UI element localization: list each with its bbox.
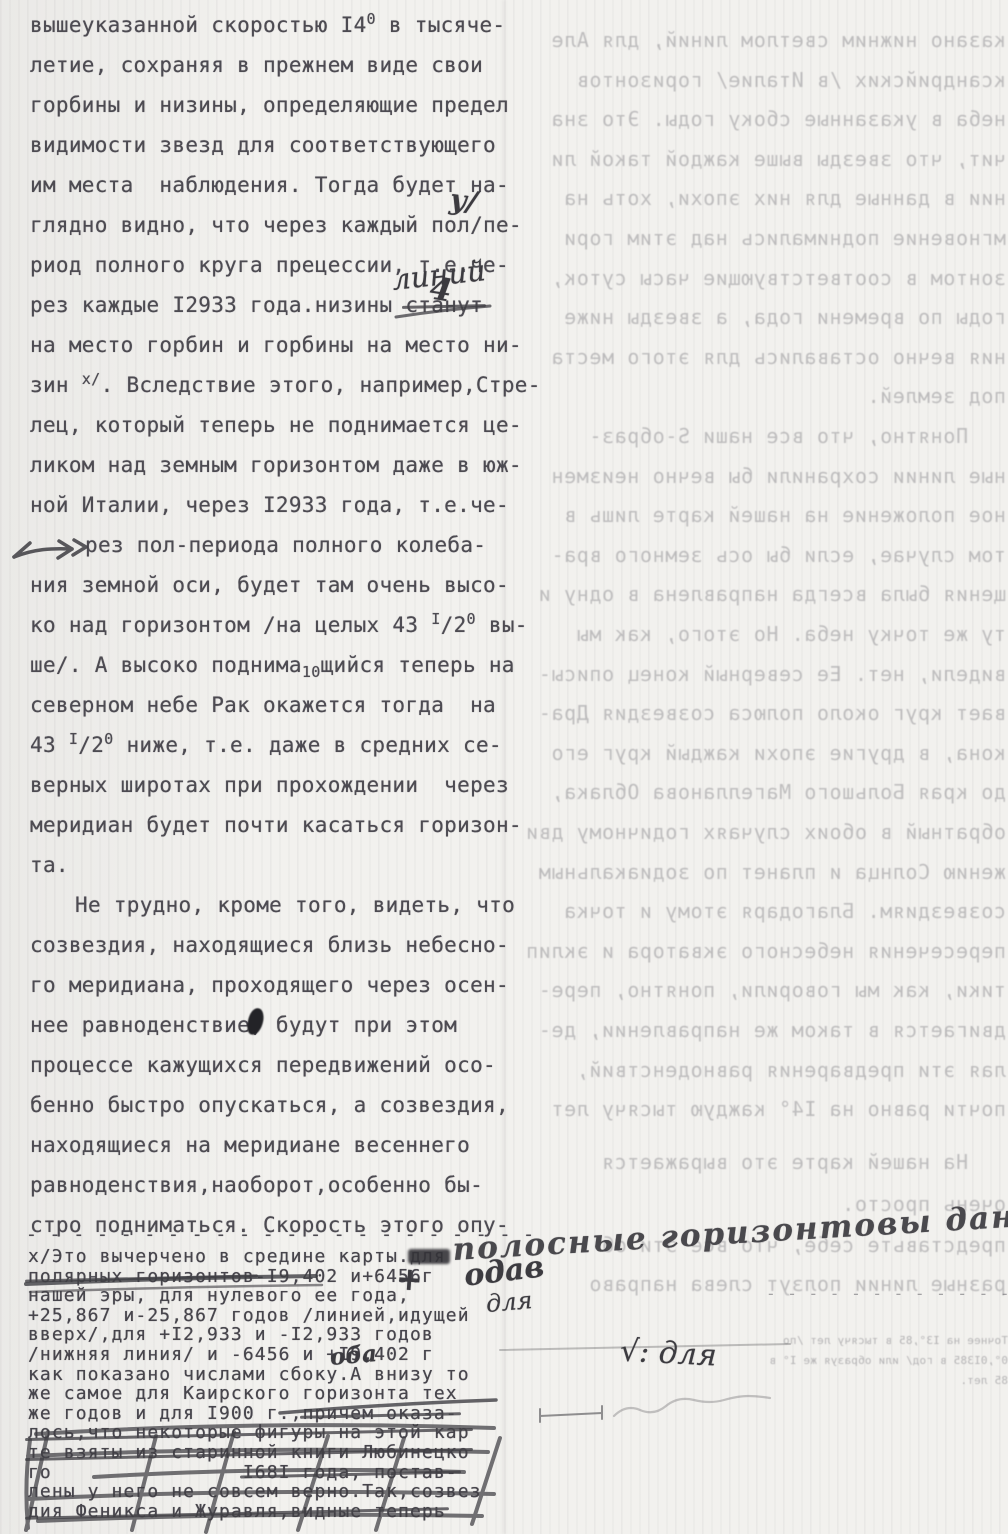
- typed-line: ше/. А высоко поднима10щийся теперь на: [30, 652, 515, 680]
- verso-line: На нашей карте это выражается: [508, 1150, 1006, 1175]
- verso-line: двигается в таком же направлении, де-: [508, 1018, 1006, 1043]
- footnote-line: х/Это вычерчено в средине карты.для: [28, 1246, 446, 1267]
- footnote-line: нашей эры, для нулевого ее года,: [28, 1285, 410, 1306]
- verso-line: тики, как мы говорили, понятно, пере-: [508, 978, 1006, 1003]
- typed-line: им места наблюдения. Тогда будет на-: [30, 172, 509, 198]
- typed-line: созвездия, находящиеся близь небесно-: [30, 932, 509, 958]
- verso-line: ту же точку неба. Но этого, как мы: [508, 622, 1006, 647]
- footnote-line: лось,что некоторые фигуры на этой кар: [28, 1422, 470, 1443]
- typed-line: летие, сохраняя в прежнем виде свои: [30, 52, 483, 78]
- typed-line: находящиеся на меридиане весеннего: [30, 1132, 470, 1158]
- typed-line: процессе кажущихся передвижений осо-: [30, 1052, 496, 1078]
- typed-line: видимости звезд для соответствующего: [30, 132, 496, 158]
- document-page: казано нижним светлом линий, для Алексан…: [0, 0, 1008, 1534]
- verso-line: нии в данные для них эпохи, хоть на: [508, 186, 1006, 211]
- verso-line: ния вечно оставались для этого места: [508, 345, 1006, 370]
- tick-line: [540, 1406, 602, 1422]
- handwritten-note: для: [485, 1286, 534, 1318]
- typed-line: вышеуказанной скоростью I40 в тысяче-: [30, 12, 505, 40]
- verso-line: зонтом в соответствующие часы суток,: [508, 266, 1006, 291]
- verso-line: мгновение поднимались над этим гори: [508, 226, 1006, 251]
- footnote-line: те взяты из старинной книги Любинецко: [28, 1442, 470, 1463]
- typed-line: ликом над земным горизонтом даже в юж-: [30, 452, 522, 478]
- verso-line: вает круг около полюса созвездия Дра-: [508, 701, 1006, 726]
- verso-line: казано нижним светлом линий, для Але: [508, 28, 1006, 53]
- footnote-line: полярных горизонтов-I9,402 и+6456г: [28, 1266, 434, 1287]
- verso-line: ксандрийских /в Италие/ горизонтов: [508, 68, 1006, 93]
- typed-line: верных широтах при прохождении через: [30, 772, 509, 798]
- typed-line: северном небе Рак окажется тогда на: [30, 692, 496, 718]
- footnote-line: дия Феникса и Журавля,видные теперь: [28, 1501, 446, 1522]
- typed-line: горбины и низины, определяющие предел: [30, 92, 509, 118]
- typed-line: на место горбин и горбины на место ни-: [30, 332, 522, 358]
- typed-line: ко над горизонтом /на целых 43 I/20 вы-: [30, 612, 528, 640]
- verso-line: кона, в другие эпохи каждый круг его: [508, 741, 1006, 766]
- verso-line: обратный в обоих случаях годичному дви: [508, 820, 1006, 845]
- verso-line: до края Большого Магелланова Облака,: [508, 780, 1006, 805]
- verso-line: видели, нет. Ее северный конец описы-: [508, 662, 1006, 687]
- footnote-line: +25,867 и-25,867 годов /линией,идущей: [28, 1305, 470, 1326]
- margin-arrow: [14, 540, 86, 558]
- verso-line: ное положение на нашей карте лишь в: [508, 503, 1006, 528]
- typed-line: лец, который теперь не поднимается це-: [30, 412, 522, 438]
- footnote-line: как показано числами сбоку.А внизу то: [28, 1364, 470, 1385]
- verso-line: под землей.: [508, 384, 1006, 409]
- typed-line: Не трудно, кроме того, видеть, что: [75, 892, 515, 918]
- verso-dashed-separator: - - - - - - - - - - - -: [766, 1284, 1008, 1303]
- verso-line: годы по времени года, а звезды ниже: [508, 305, 1006, 330]
- footnote-line: же самое для Каирского горизонта тех: [28, 1383, 458, 1404]
- footnote-line: же годов и для I900 г.,причем оказа-: [28, 1403, 458, 1424]
- typed-line: меридиан будет почти касаться горизон-: [30, 812, 522, 838]
- verso-line: ные линии сохранили бы вечно неизмен: [508, 464, 1006, 489]
- faint-handwriting-squiggle: [614, 1396, 770, 1416]
- typed-line: зин х/. Вследствие этого, например,Стре-: [30, 372, 541, 400]
- typed-line: рез пол-периода полного колеба-: [85, 532, 486, 558]
- typed-line: глядно видно, что через каждый пол/пе-: [30, 212, 522, 238]
- typed-line: ния земной оси, будет там очень высо-: [30, 572, 509, 598]
- handwritten-insert-mark: у/: [448, 182, 479, 218]
- verso-line: жению Солнца и планет по зодиакальным: [508, 860, 1006, 885]
- typed-line: ной Италии, через I2933 года, т.е.че-: [30, 492, 509, 518]
- verso-line: том случае, если бы ось земного вра-: [508, 543, 1006, 568]
- typed-line: та.: [30, 852, 69, 878]
- verso-line: щения была всегда направлена в одну и: [508, 582, 1006, 607]
- verso-line: лая эти предварения равноденствий,: [508, 1058, 1006, 1083]
- handwritten-checkmark-note: √: для: [619, 1333, 717, 1373]
- typed-line: рез каждые I2933 года.низины станут: [30, 292, 483, 318]
- verso-line: чит, что звезды выше каждой такой ли: [508, 147, 1006, 172]
- verso-line: Понятно, что все наши S-образ-: [508, 424, 1006, 449]
- footnote-line: лены у него не совсем верно.Так,созвез: [28, 1481, 482, 1502]
- verso-line: пересечения небесного экватора и эклип: [508, 939, 1006, 964]
- verso-line: почти равно на I4° каждую тысячу лет: [508, 1097, 1006, 1122]
- handwritten-plus-sign: +: [395, 1259, 424, 1299]
- footnote-line: го I68I года, постав-: [28, 1462, 458, 1483]
- typed-line: нее равноденствие, будут при этом: [30, 1012, 457, 1038]
- verso-line: неба в указанные сбоку годы. Это зна: [508, 107, 1006, 132]
- typed-line: равноденствия,наоборот,особенно бы-: [30, 1172, 483, 1198]
- typed-line: 43 I/20 ниже, т.е. даже в средних се-: [30, 732, 502, 760]
- typed-line: бенно быстро опускаться, а созвездия,: [30, 1092, 509, 1118]
- handwritten-note: оба: [329, 1340, 378, 1371]
- verso-line: созвездиям. Благодаря этому и точка: [508, 899, 1006, 924]
- verso-line: 85 лет.: [778, 1368, 1008, 1393]
- typed-line: го меридиана, проходящего через осен-: [30, 972, 509, 998]
